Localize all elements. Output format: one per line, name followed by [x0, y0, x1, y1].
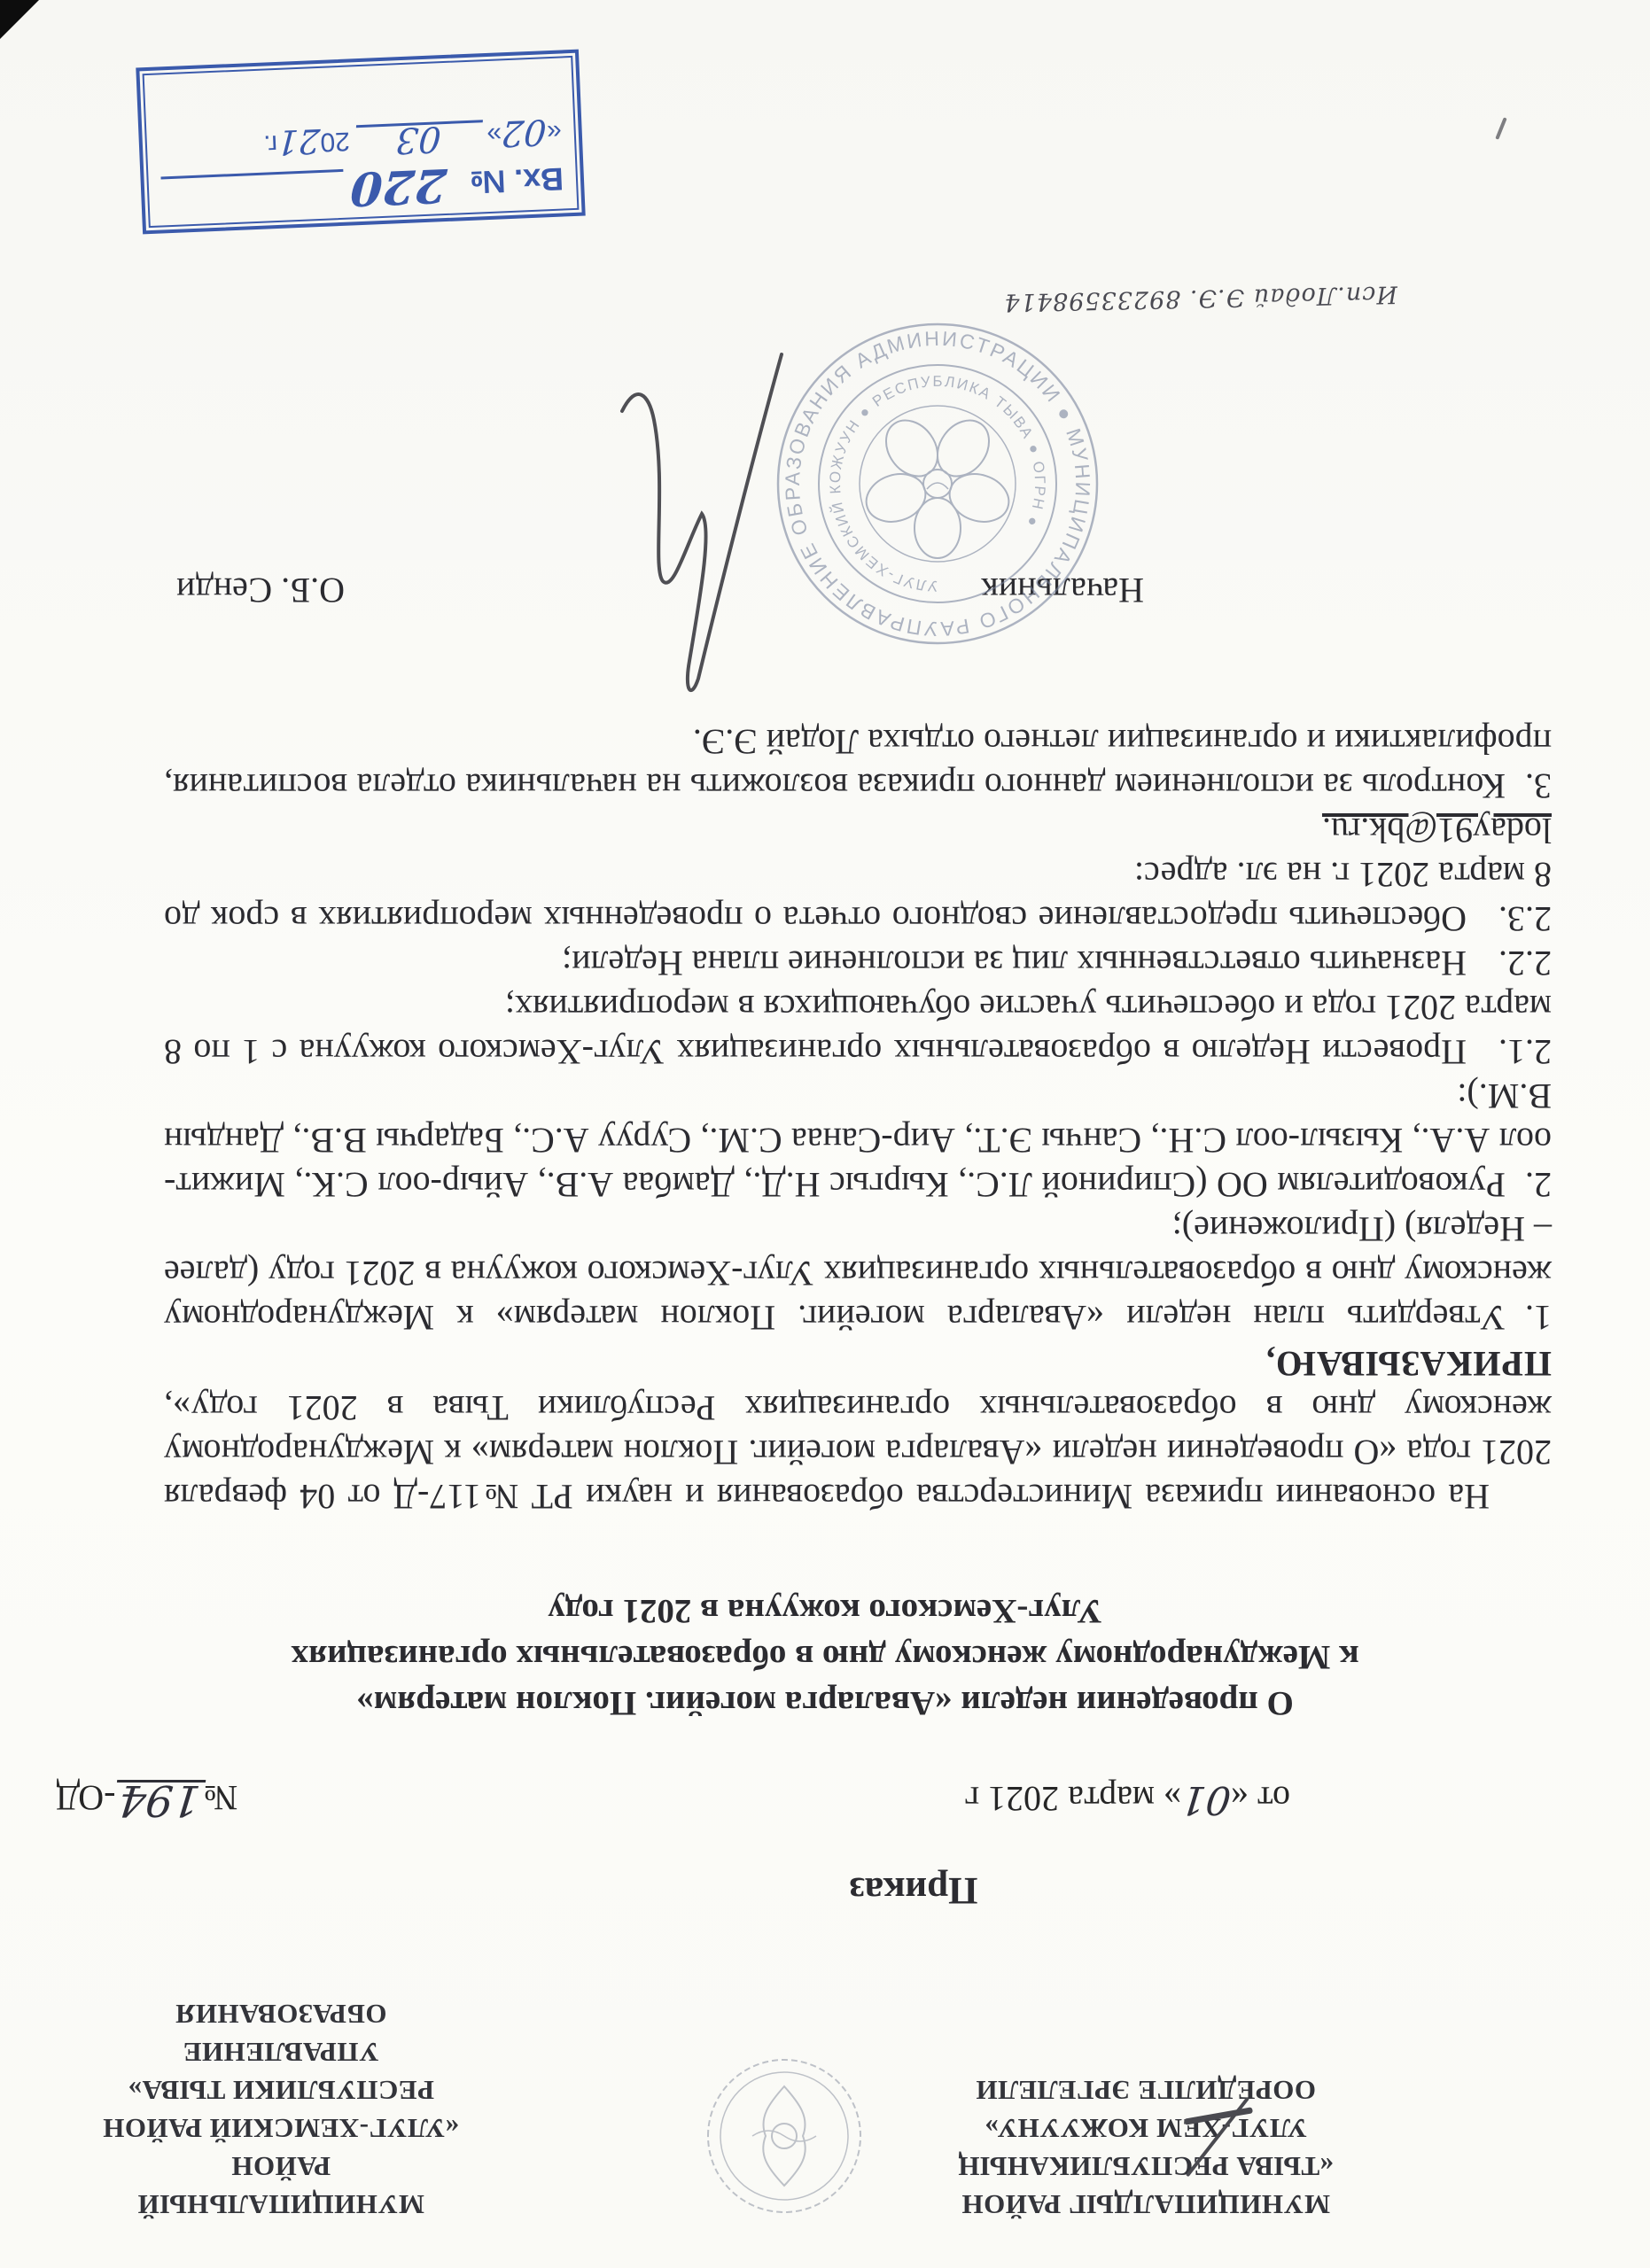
intro-text: На основании приказа Министерства образо… — [164, 1388, 1552, 1517]
title-line: к Международному женскому дню в образова… — [106, 1634, 1544, 1680]
handwritten-day: 01 — [1179, 1777, 1233, 1822]
letterhead-line: МУНИЦИПАЛДЫГ РАЙОН — [895, 2186, 1397, 2224]
order-title: О проведении недели «Аваларга могейиг. П… — [106, 1588, 1544, 1726]
title-line: Улуг-Хемского кожууна в 2021 году — [106, 1588, 1544, 1634]
intro-paragraph: На основании приказа Министерства образо… — [164, 1341, 1552, 1518]
item-text: Утвердить план недели «Аваларга могейиг.… — [164, 1209, 1552, 1338]
letterhead-line: «ТЫВА РЕСПУБЛИКАНЫҢ — [895, 2148, 1397, 2186]
handwritten-signature — [576, 335, 806, 716]
order-date: от «01» марта 2021 г — [965, 1777, 1290, 1822]
order-body: На основании приказа Министерства образо… — [164, 719, 1552, 1518]
handwritten-number: 194 — [113, 1780, 206, 1818]
date-prefix: от « — [1231, 1779, 1290, 1819]
executor-line: Исп.Лодай Э.Э. 89233598414 — [1003, 280, 1397, 315]
prikaz-word: ПРИКАЗЫВАЮ, — [1265, 1344, 1552, 1384]
order-item-1: 1.Утвердить план недели «Аваларга могейи… — [164, 1207, 1552, 1340]
item-text: Назначить ответственных лиц за исполнени… — [562, 944, 1467, 983]
letterhead-russian-column: МУНИЦИПАЛЬНЫЙ РАЙОН «УЛУГ-ХЕМСКИЙ РАЙОН … — [90, 1995, 471, 2224]
stamp-label: Вх. № — [469, 159, 564, 200]
date-suffix: » марта 2021 г — [965, 1779, 1181, 1819]
letterhead-emblem-icon — [704, 2055, 865, 2217]
letterhead-line: МУНИЦИПАЛЬНЫЙ РАЙОН — [90, 2148, 471, 2224]
order-item-2-1: 2.1.Провести Неделю в образовательных ор… — [164, 985, 1552, 1074]
item-number: 2. — [1506, 1162, 1552, 1207]
number-prefix: № — [204, 1778, 237, 1818]
order-item-3: 3.Контроль за исполнением данного приказ… — [164, 719, 1552, 808]
stamp-date-line: « 02 » 03 20 21 г. — [159, 117, 562, 165]
incoming-registration-stamp: Вх. № 220 « 02 » 03 20 21 г. — [136, 50, 585, 235]
scan-corner-artifact — [0, 0, 39, 39]
stamp-number-line: Вх. № 220 — [160, 159, 564, 220]
letterhead-line: РЕСПУБЛИКИ ТЫВА» — [90, 2071, 471, 2109]
stamp-handwritten-number: 220 — [350, 165, 448, 208]
stamp-inner-border: Вх. № 220 « 02 » 03 20 21 г. — [143, 56, 580, 228]
stamp-handwritten-month: 03 — [354, 120, 483, 156]
letterhead-line: ООРЕДИЛГЕ ЭРГЕЛЕЛИ — [895, 2071, 1397, 2109]
number-suffix: -ОД — [56, 1778, 116, 1818]
report-email: loday91@bk.ru. — [164, 808, 1552, 852]
stamp-open-quote: « — [546, 117, 562, 148]
stamp-handwritten-year: 21 — [276, 127, 321, 157]
seal-flower-icon — [860, 410, 1016, 558]
item-number: 2.3. — [1467, 897, 1552, 941]
signer-name: О.Б. Сенди — [176, 570, 345, 611]
item-number: 1. — [1506, 1295, 1552, 1340]
stamp-handwritten-day: 02 — [501, 117, 548, 147]
order-item-2-3: 2.3.Обеспечить предоставление сводного о… — [164, 808, 1552, 941]
order-item-2: 2.Руководителям ОО (Спириной Л.С., Кыргы… — [164, 1074, 1552, 1207]
letterhead-line: «УЛУГ-ХЕМСКИЙ РАЙОН — [90, 2109, 471, 2148]
pen-mark — [1495, 117, 1506, 140]
order-number: №194-ОД — [56, 1777, 237, 1819]
letterhead-line: УЛУГ-ХЕМ КОЖУУНУ» — [895, 2109, 1397, 2148]
letterhead: МУНИЦИПАЛДЫГ РАЙОН «ТЫВА РЕСПУБЛИКАНЫҢ У… — [0, 2002, 1650, 2268]
item-number: 2.1. — [1467, 1029, 1552, 1074]
official-round-seal: УПРАВЛЕНИЕ ОБРАЗОВАНИЯ АДМИНИСТРАЦИИ ● М… — [767, 314, 1108, 654]
stamp-century: 20 — [320, 126, 351, 157]
item-text: Контроль за исполнением данного приказа … — [164, 722, 1552, 806]
letterhead-tuvan-column: МУНИЦИПАЛДЫГ РАЙОН «ТЫВА РЕСПУБЛИКАНЫҢ У… — [895, 2071, 1397, 2224]
item-text: Руководителям ОО (Спириной Л.С., Кыргыс … — [164, 1076, 1552, 1205]
title-line: О проведении недели «Аваларга могейиг. П… — [106, 1680, 1544, 1726]
item-number: 3. — [1506, 764, 1552, 808]
scanned-page-rotated-180: МУНИЦИПАЛДЫГ РАЙОН «ТЫВА РЕСПУБЛИКАНЫҢ У… — [0, 0, 1650, 2268]
doc-type-heading: Приказ — [177, 1868, 1650, 1912]
letterhead-line: УПРАВЛЕНИЕ ОБРАЗОВАНИЯ — [90, 1995, 471, 2071]
order-item-2-2: 2.2.Назначить ответственных лиц за испол… — [164, 941, 1552, 985]
item-text: Провести Неделю в образовательных органи… — [164, 988, 1552, 1072]
item-number: 2.2. — [1467, 941, 1552, 985]
stamp-blank-line — [160, 169, 345, 221]
item-text: Обеспечить предоставление сводного отчет… — [164, 855, 1552, 939]
date-number-row: от «01» марта 2021 г №194-ОД — [56, 1777, 1290, 1822]
